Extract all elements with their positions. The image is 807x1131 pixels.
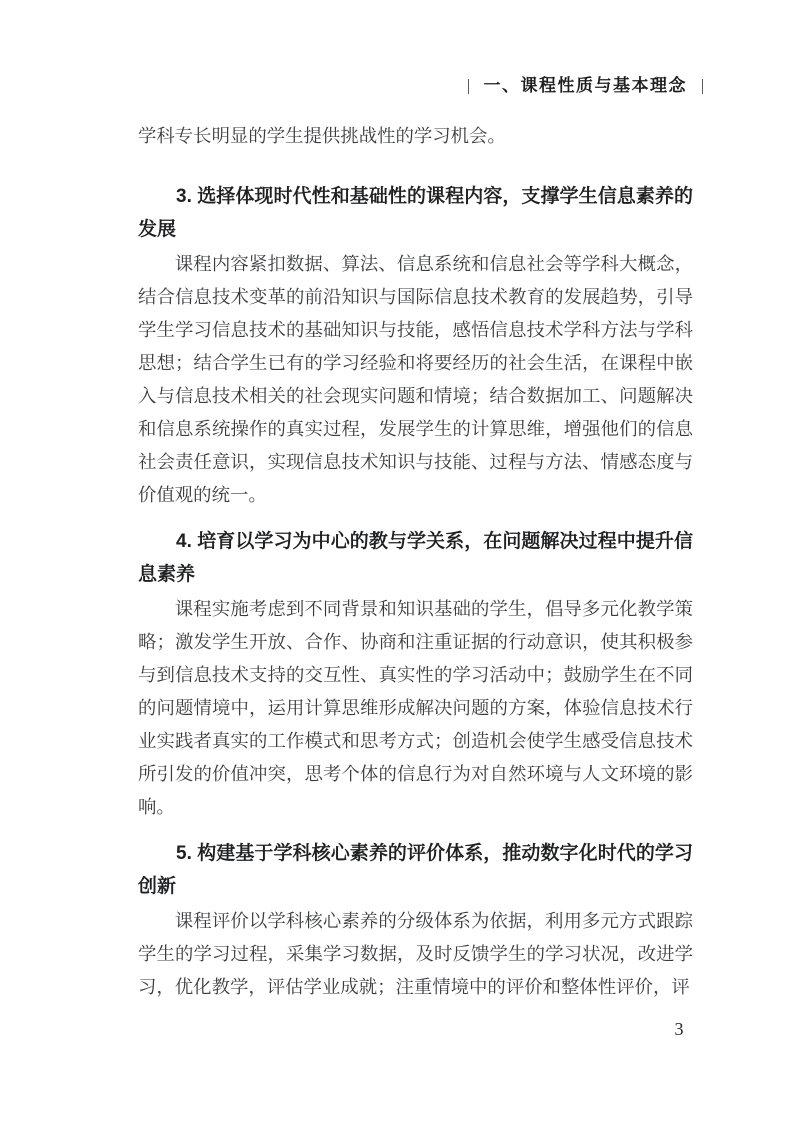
document-body: 学科专长明显的学生提供挑战性的学习机会。 3. 选择体现时代性和基础性的课程内容…	[138, 120, 693, 1004]
document-page: 一、课程性质与基本理念 学科专长明显的学生提供挑战性的学习机会。 3. 选择体现…	[0, 0, 807, 1131]
continuation-paragraph: 学科专长明显的学生提供挑战性的学习机会。	[138, 120, 693, 153]
header-rule-right-icon	[702, 79, 703, 94]
section-paragraph-5: 课程评价以学科核心素养的分级体系为依据，利用多元方式跟踪学生的学习过程，采集学习…	[138, 905, 693, 1004]
section-paragraph-4: 课程实施考虑到不同背景和知识基础的学生，倡导多元化教学策略；激发学生开放、合作、…	[138, 593, 693, 824]
header-rule-left-icon	[468, 79, 469, 94]
page-number: 3	[664, 1019, 694, 1040]
running-header: 一、课程性质与基本理念	[468, 76, 704, 96]
section-heading-4: 4. 培育以学习为中心的教与学关系，在问题解决过程中提升信息素养	[138, 525, 693, 591]
running-header-title: 一、课程性质与基本理念	[484, 76, 688, 96]
section-heading-5: 5. 构建基于学科核心素养的评价体系，推动数字化时代的学习创新	[138, 837, 693, 903]
section-paragraph-3: 课程内容紧扣数据、算法、信息系统和信息社会等学科大概念，结合信息技术变革的前沿知…	[138, 248, 693, 512]
section-heading-3: 3. 选择体现时代性和基础性的课程内容，支撑学生信息素养的发展	[138, 180, 693, 246]
